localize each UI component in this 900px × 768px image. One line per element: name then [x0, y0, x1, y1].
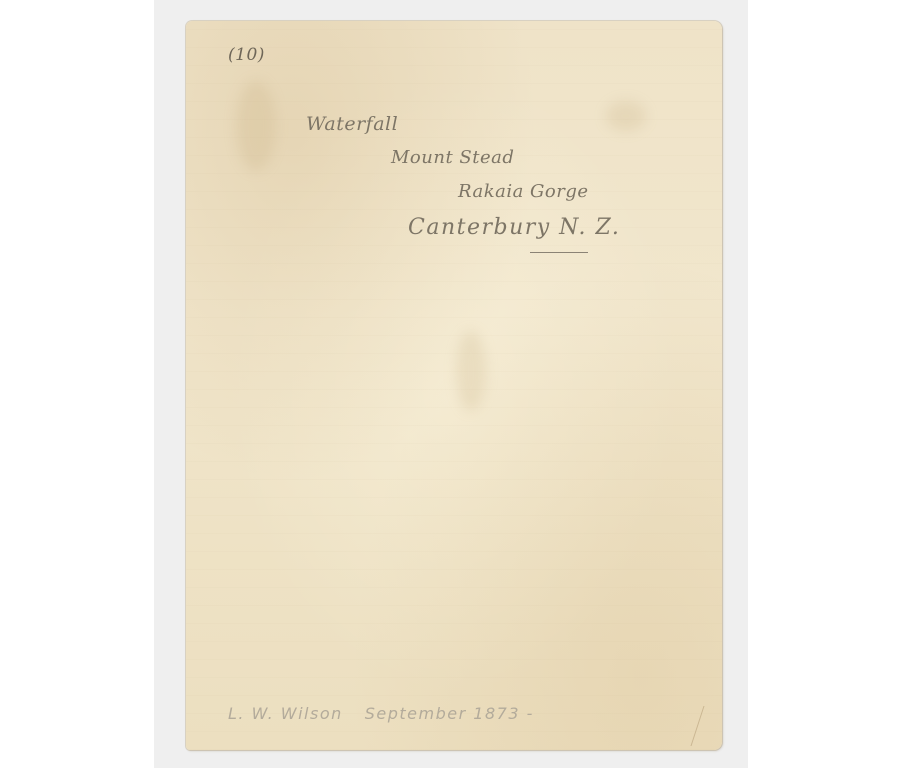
signature-date: September 1873 - [365, 704, 534, 723]
archival-sheet: (10) Waterfall Mount Stead Rakaia Gorge … [186, 21, 722, 750]
signature-line: L. W. WilsonSeptember 1873 - [228, 704, 534, 723]
item-number: (10) [228, 45, 265, 65]
paper-stain [606, 101, 646, 131]
corner-crease [691, 706, 723, 746]
paper-stain [236, 81, 276, 171]
annotation-location-gorge: Rakaia Gorge [458, 181, 589, 202]
annotation-underline [530, 252, 588, 253]
annotation-region: Canterbury N. Z. [408, 215, 620, 240]
annotation-title: Waterfall [306, 113, 398, 135]
signature-name: L. W. Wilson [228, 704, 343, 723]
paper-stain [456, 331, 486, 411]
annotation-location-mount: Mount Stead [391, 147, 514, 168]
